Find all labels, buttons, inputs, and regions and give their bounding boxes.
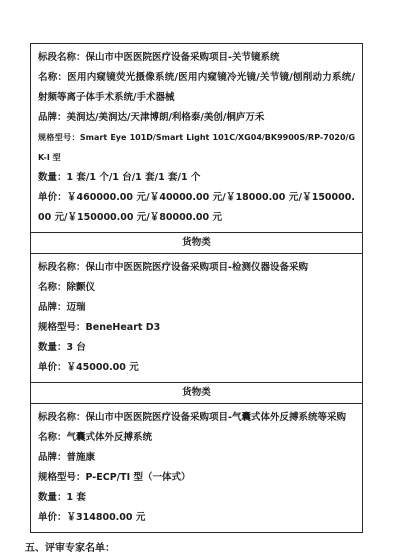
category-header-label: 货物类 — [182, 387, 211, 398]
field-value: BeneHeart D3 — [86, 322, 161, 333]
field-label: 单价： — [38, 192, 67, 203]
field-line: 品牌：普施康 — [38, 448, 355, 468]
field-line: 名称：除颤仪 — [38, 278, 355, 298]
field-label: 规格型号： — [38, 133, 80, 142]
field-label: 数量： — [38, 172, 67, 183]
field-line: 单价：￥314800.00 元 — [38, 508, 355, 528]
field-value: 迈瑞 — [67, 302, 86, 313]
field-line: 数量：1 套/1 个/1 台/1 套/1 套/1 个 — [38, 168, 355, 188]
field-label: 品牌： — [38, 112, 67, 123]
category-header-row: 货物类 — [31, 232, 362, 254]
field-label: 规格型号： — [38, 322, 86, 333]
field-value: P-ECP/TI 型（一体式） — [86, 472, 191, 483]
lot-cell-arthroscope-system: 标段名称：保山市中医医院医疗设备采购项目-关节镜系统 名称：医用内窥镜荧光摄像系… — [31, 44, 362, 232]
field-line: 标段名称：保山市中医医院医疗设备采购项目-检测仪器设备采购 — [38, 258, 355, 278]
category-header-label: 货物类 — [182, 237, 211, 248]
field-line: 名称：医用内窥镜荧光摄像系统/医用内窥镜冷光镜/关节镜/刨削动力系统/射频等离子… — [38, 68, 355, 108]
field-value: Smart Eye 101D/Smart Light 101C/XG04/BK9… — [38, 133, 355, 162]
field-line: 品牌：美润达/美润达/天津博朗/利格泰/美创/桐庐万禾 — [38, 108, 355, 128]
field-label: 标段名称： — [38, 52, 86, 63]
lot-cell-counterpulsation-system: 标段名称：保山市中医医院医疗设备采购项目-气囊式体外反搏系统等采购 名称：气囊式… — [31, 404, 362, 532]
field-value: 普施康 — [67, 452, 96, 463]
field-label: 品牌： — [38, 302, 67, 313]
field-line: 名称：气囊式体外反搏系统 — [38, 428, 355, 448]
field-value: ￥460000.00 元/￥40000.00 元/￥18000.00 元/￥15… — [38, 192, 355, 223]
procurement-table: 标段名称：保山市中医医院医疗设备采购项目-关节镜系统 名称：医用内窥镜荧光摄像系… — [30, 43, 363, 533]
field-value: 保山市中医医院医疗设备采购项目-关节镜系统 — [86, 52, 280, 63]
field-value: 气囊式体外反搏系统 — [67, 432, 153, 443]
field-label: 名称： — [38, 432, 67, 443]
field-label: 单价： — [38, 512, 67, 523]
field-line: 数量：3 台 — [38, 338, 355, 358]
category-header-row: 货物类 — [31, 382, 362, 404]
field-line: 单价：￥460000.00 元/￥40000.00 元/￥18000.00 元/… — [38, 188, 355, 228]
field-value: 医用内窥镜荧光摄像系统/医用内窥镜冷光镜/关节镜/刨削动力系统/射频等离子体手术… — [38, 72, 355, 103]
field-value: 3 台 — [67, 342, 86, 353]
field-line: 规格型号：BeneHeart D3 — [38, 318, 355, 338]
field-label: 单价： — [38, 362, 67, 373]
field-label: 数量： — [38, 492, 67, 503]
field-line: 品牌：迈瑞 — [38, 298, 355, 318]
field-line: 规格型号：Smart Eye 101D/Smart Light 101C/XG0… — [38, 128, 355, 168]
field-label: 标段名称： — [38, 412, 86, 423]
field-label: 名称： — [38, 282, 67, 293]
field-label: 规格型号： — [38, 472, 86, 483]
field-value: 除颤仪 — [67, 282, 96, 293]
field-value: 保山市中医医院医疗设备采购项目-检测仪器设备采购 — [86, 262, 308, 273]
field-line: 标段名称：保山市中医医院医疗设备采购项目-关节镜系统 — [38, 48, 355, 68]
field-line: 规格型号：P-ECP/TI 型（一体式） — [38, 468, 355, 488]
document-page: 标段名称：保山市中医医院医疗设备采购项目-关节镜系统 名称：医用内窥镜荧光摄像系… — [0, 0, 394, 554]
field-label: 标段名称： — [38, 262, 86, 273]
field-value: 美润达/美润达/天津博朗/利格泰/美创/桐庐万禾 — [67, 112, 265, 123]
field-label: 品牌： — [38, 452, 67, 463]
field-line: 单价：￥45000.00 元 — [38, 358, 355, 378]
field-value: 1 套/1 个/1 台/1 套/1 套/1 个 — [67, 172, 201, 183]
field-value: 保山市中医医院医疗设备采购项目-气囊式体外反搏系统等采购 — [86, 412, 346, 423]
field-value: ￥314800.00 元 — [67, 512, 146, 523]
field-label: 名称： — [38, 72, 67, 83]
field-line: 数量：1 套 — [38, 488, 355, 508]
field-value: 1 套 — [67, 492, 86, 503]
field-value: ￥45000.00 元 — [67, 362, 139, 373]
lot-cell-testing-instruments: 标段名称：保山市中医医院医疗设备采购项目-检测仪器设备采购 名称：除颤仪 品牌：… — [31, 254, 362, 382]
field-label: 数量： — [38, 342, 67, 353]
field-line: 标段名称：保山市中医医院医疗设备采购项目-气囊式体外反搏系统等采购 — [38, 408, 355, 428]
